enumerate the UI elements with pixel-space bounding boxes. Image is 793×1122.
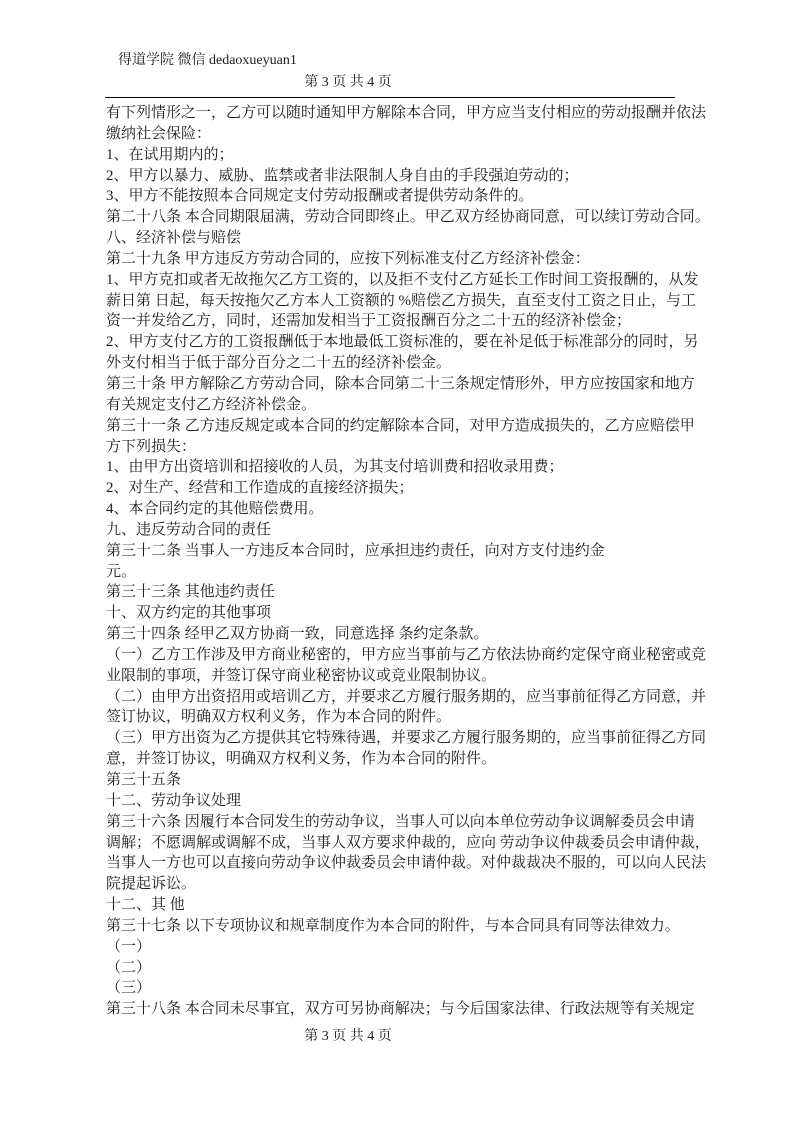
text-line: 4、本合同约定的其他赔偿费用。: [106, 499, 721, 520]
text-line: （二）由甲方出资招用或培训乙方，并要求乙方履行服务期的，应当事前征得乙方同意，并: [106, 687, 721, 708]
text-line: 第三十五条: [106, 770, 721, 791]
text-line: 十二、其 他: [106, 895, 721, 916]
text-line: 1、在试用期内的；: [106, 145, 721, 166]
text-line: 十、双方约定的其他事项: [106, 603, 721, 624]
text-line: 业限制的事项，并签订保守商业秘密协议或竞业限制协议。: [106, 666, 721, 687]
text-line: 第二十八条 本合同期限届满，劳动合同即终止。甲乙双方经协商同意，可以续订劳动合同…: [106, 207, 721, 228]
text-line: 2、甲方以暴力、威胁、监禁或者非法限制人身自由的手段强迫劳动的；: [106, 166, 721, 187]
footer-page-number: 第 3 页 共 4 页: [304, 1025, 392, 1045]
document-page: 得道学院 微信 dedaoxueyuan1 第 3 页 共 4 页 有下列情形之…: [0, 0, 793, 1122]
text-line: （三）甲方出资为乙方提供其它特殊待遇，并要求乙方履行服务期的，应当事前征得乙方同: [106, 728, 721, 749]
text-line: 第二十九条 甲方违反方劳动合同的，应按下列标准支付乙方经济补偿金：: [106, 249, 721, 270]
text-line: （三）: [106, 978, 721, 999]
text-line: 第三十七条 以下专项协议和规章制度作为本合同的附件，与本合同具有同等法律效力。: [106, 916, 721, 937]
text-line: （二）: [106, 958, 721, 979]
text-line: 十二、劳动争议处理: [106, 791, 721, 812]
text-line: 元。: [106, 562, 721, 583]
text-line: 院提起诉讼。: [106, 874, 721, 895]
text-line: 薪日第 日起，每天按拖欠乙方本人工资额的 %赔偿乙方损失，直至支付工资之日止，与…: [106, 291, 721, 312]
text-line: 第三十六条 因履行本合同发生的劳动争议，当事人可以向本单位劳动争议调解委员会申请: [106, 812, 721, 833]
header-divider: [105, 97, 675, 98]
text-line: 外支付相当于低于部分百分之二十五的经济补偿金。: [106, 353, 721, 374]
text-line: 3、甲方不能按照本合同规定支付劳动报酬或者提供劳动条件的。: [106, 186, 721, 207]
header-page-number: 第 3 页 共 4 页: [304, 71, 392, 91]
text-line: 1、甲方克扣或者无故拖欠乙方工资的，以及拒不支付乙方延长工作时间工资报酬的，从发: [106, 270, 721, 291]
text-line: 签订协议，明确双方权利义务，作为本合同的附件。: [106, 707, 721, 728]
text-line: 1、由甲方出资培训和招接收的人员，为其支付培训费和招收录用费；: [106, 457, 721, 478]
text-line: 第三十一条 乙方违反规定或本合同的约定解除本合同，对甲方造成损失的，乙方应赔偿甲: [106, 416, 721, 437]
text-line: 第三十八条 本合同未尽事宜，双方可另协商解决；与今后国家法律、行政法规等有关规定: [106, 999, 721, 1020]
header-watermark: 得道学院 微信 dedaoxueyuan1: [118, 49, 297, 69]
text-line: 缴纳社会保险：: [106, 124, 721, 145]
text-line: 意，并签订协议，明确双方权利义务，作为本合同的附件。: [106, 749, 721, 770]
text-line: 第三十条 甲方解除乙方劳动合同，除本合同第二十三条规定情形外，甲方应按国家和地方: [106, 374, 721, 395]
text-line: 有下列情形之一，乙方可以随时通知甲方解除本合同，甲方应当支付相应的劳动报酬并依法: [106, 103, 721, 124]
text-line: （一）乙方工作涉及甲方商业秘密的，甲方应当事前与乙方依法协商约定保守商业秘密或竞: [106, 645, 721, 666]
text-line: 2、甲方支付乙方的工资报酬低于本地最低工资标准的，要在补足低于标准部分的同时，另: [106, 332, 721, 353]
text-line: 方下列损失：: [106, 437, 721, 458]
text-line: 调解；不愿调解或调解不成，当事人双方要求仲裁的，应向 劳动争议仲裁委员会申请仲裁…: [106, 833, 721, 854]
text-line: 2、对生产、经营和工作造成的直接经济损失；: [106, 478, 721, 499]
text-line: 八、经济补偿与赔偿: [106, 228, 721, 249]
text-line: 第三十四条 经甲乙双方协商一致，同意选择 条约定条款。: [106, 624, 721, 645]
text-line: 当事人一方也可以直接向劳动争议仲裁委员会申请仲裁。对仲裁裁决不服的，可以向人民法: [106, 853, 721, 874]
text-line: 有关规定支付乙方经济补偿金。: [106, 395, 721, 416]
document-body: 有下列情形之一，乙方可以随时通知甲方解除本合同，甲方应当支付相应的劳动报酬并依法…: [106, 103, 721, 1020]
text-line: （一）: [106, 937, 721, 958]
text-line: 第三十二条 当事人一方违反本合同时，应承担违约责任，向对方支付违约金: [106, 541, 721, 562]
text-line: 第三十三条 其他违约责任: [106, 582, 721, 603]
text-line: 九、违反劳动合同的责任: [106, 520, 721, 541]
text-line: 资一并发给乙方，同时，还需加发相当于工资报酬百分之二十五的经济补偿金；: [106, 311, 721, 332]
